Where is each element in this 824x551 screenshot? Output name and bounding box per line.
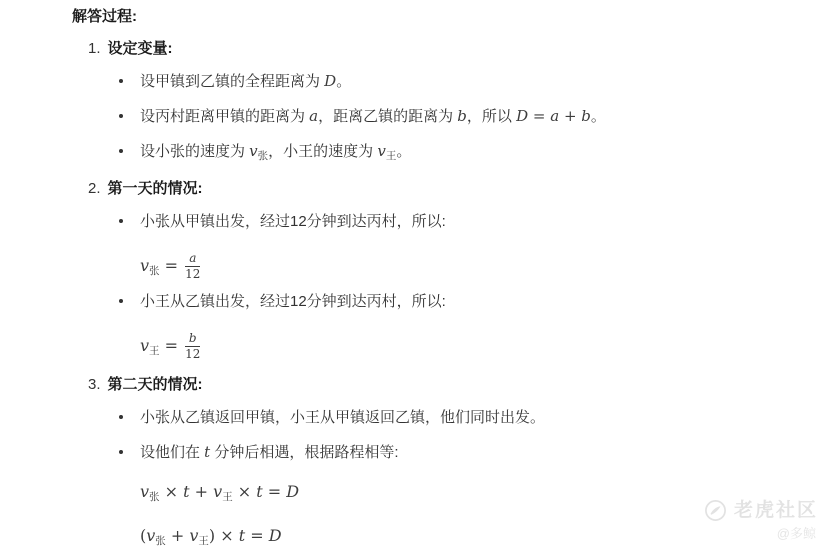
math-variable: v xyxy=(146,526,155,545)
step-heading-row: 3.第二天的情况: xyxy=(72,376,804,393)
step-heading: 设定变量: xyxy=(108,40,173,57)
list-item: 设小张的速度为 v张，小王的速度为 v王。 xyxy=(140,143,804,165)
fraction: b12 xyxy=(185,332,200,361)
math-operator: + xyxy=(190,482,214,501)
answer-document: 解答过程: 1.设定变量:设甲镇到乙镇的全程距离为 D。设丙村距离甲镇的距离为 … xyxy=(0,0,824,550)
math-subscript: 王 xyxy=(198,535,209,547)
text-run: 小张从甲镇出发，经过12分钟到达丙村，所以: xyxy=(140,213,446,230)
math-operator: = xyxy=(160,336,184,355)
fraction: a12 xyxy=(185,252,200,281)
math-operator: + xyxy=(166,526,190,545)
math-subscript: 张 xyxy=(258,150,269,162)
math-operator: ) × xyxy=(209,526,239,545)
step-items: 小张从甲镇出发，经过12分钟到达丙村，所以:v张 = a12小王从乙镇出发，经过… xyxy=(72,213,804,361)
math-formula: v王 = b12 xyxy=(140,332,804,361)
math-subscript: 王 xyxy=(222,491,233,503)
math-subscript: 张 xyxy=(155,535,166,547)
text-run: 。 xyxy=(396,143,411,160)
math-operator: = xyxy=(245,526,269,545)
math-operator: × xyxy=(160,482,184,501)
math-operator: = xyxy=(263,482,287,501)
math-operator: = xyxy=(160,256,184,275)
text-run: ，所以 xyxy=(467,108,516,125)
text-run: 。 xyxy=(336,73,351,90)
list-item: 小张从甲镇出发，经过12分钟到达丙村，所以: xyxy=(140,213,804,230)
math-variable: D xyxy=(269,526,282,545)
list-item: 小王从乙镇出发，经过12分钟到达丙村，所以: xyxy=(140,293,804,310)
step-number: 2. xyxy=(88,180,101,197)
math-variable: v xyxy=(140,256,149,275)
step-heading: 第二天的情况: xyxy=(108,376,203,393)
text-run: 分钟后相遇，根据路程相等: xyxy=(210,444,398,461)
math-variable: a xyxy=(309,107,318,125)
fraction-numerator: a xyxy=(185,252,200,267)
math-variable: v xyxy=(140,482,149,501)
text-run: ，小王的速度为 xyxy=(268,143,377,160)
math-variable: D xyxy=(324,72,336,90)
math-operator: = xyxy=(528,107,550,125)
text-run: 设小张的速度为 xyxy=(140,143,249,160)
fraction-denominator: 12 xyxy=(185,347,200,361)
step-heading-row: 2.第一天的情况: xyxy=(72,180,804,197)
math-subscript: 张 xyxy=(149,491,160,503)
list-item: 小张从乙镇返回甲镇，小王从甲镇返回乙镇，他们同时出发。 xyxy=(140,409,804,426)
text-run: 。 xyxy=(591,108,606,125)
math-variable: v xyxy=(140,336,149,355)
watermark: 老虎社区 @多鲸 xyxy=(704,499,818,541)
math-variable: v xyxy=(249,142,257,160)
math-formula: v张 = a12 xyxy=(140,252,804,281)
math-variable: v xyxy=(377,142,385,160)
math-operator: + xyxy=(559,107,581,125)
fraction-numerator: b xyxy=(185,332,200,347)
list-item: 设丙村距离甲镇的距离为 a，距离乙镇的距离为 b，所以 D = a + b。 xyxy=(140,108,804,125)
math-variable: b xyxy=(581,107,591,125)
tiger-community-logo-icon xyxy=(704,499,727,522)
fraction-denominator: 12 xyxy=(185,267,200,281)
text-run: 小王从乙镇出发，经过12分钟到达丙村，所以: xyxy=(140,293,446,310)
math-subscript: 王 xyxy=(149,345,160,357)
math-subscript: 王 xyxy=(386,150,397,162)
text-run: 设丙村距离甲镇的距离为 xyxy=(140,108,309,125)
solution-steps-list: 1.设定变量:设甲镇到乙镇的全程距离为 D。设丙村距离甲镇的距离为 a，距离乙镇… xyxy=(72,40,804,550)
page-title: 解答过程: xyxy=(72,9,804,25)
step-items: 设甲镇到乙镇的全程距离为 D。设丙村距离甲镇的距离为 a，距离乙镇的距离为 b，… xyxy=(72,73,804,165)
step-heading-row: 1.设定变量: xyxy=(72,40,804,57)
watermark-handle: @多鲸 xyxy=(704,526,816,541)
solution-step: 3.第二天的情况:小张从乙镇返回甲镇，小王从甲镇返回乙镇，他们同时出发。设他们在… xyxy=(72,376,804,550)
text-run: 小张从乙镇返回甲镇，小王从甲镇返回乙镇，他们同时出发。 xyxy=(140,409,545,426)
list-item: 设他们在 t 分钟后相遇，根据路程相等: xyxy=(140,444,804,461)
text-run: 设甲镇到乙镇的全程距离为 xyxy=(140,73,324,90)
math-variable: D xyxy=(286,482,299,501)
solution-step: 2.第一天的情况:小张从甲镇出发，经过12分钟到达丙村，所以:v张 = a12小… xyxy=(72,180,804,361)
step-number: 1. xyxy=(88,40,101,57)
math-variable: D xyxy=(516,107,528,125)
math-variable: v xyxy=(213,482,222,501)
math-variable: a xyxy=(550,107,559,125)
step-heading: 第一天的情况: xyxy=(108,180,203,197)
math-subscript: 张 xyxy=(149,265,160,277)
watermark-brand: 老虎社区 xyxy=(734,500,818,522)
step-items: 小张从乙镇返回甲镇，小王从甲镇返回乙镇，他们同时出发。设他们在 t 分钟后相遇，… xyxy=(72,409,804,550)
text-run: 设他们在 xyxy=(140,444,204,461)
math-operator: × xyxy=(233,482,257,501)
list-item: 设甲镇到乙镇的全程距离为 D。 xyxy=(140,73,804,90)
solution-step: 1.设定变量:设甲镇到乙镇的全程距离为 D。设丙村距离甲镇的距离为 a，距离乙镇… xyxy=(72,40,804,165)
text-run: ，距离乙镇的距离为 xyxy=(318,108,457,125)
step-number: 3. xyxy=(88,376,101,393)
math-variable: b xyxy=(457,107,467,125)
